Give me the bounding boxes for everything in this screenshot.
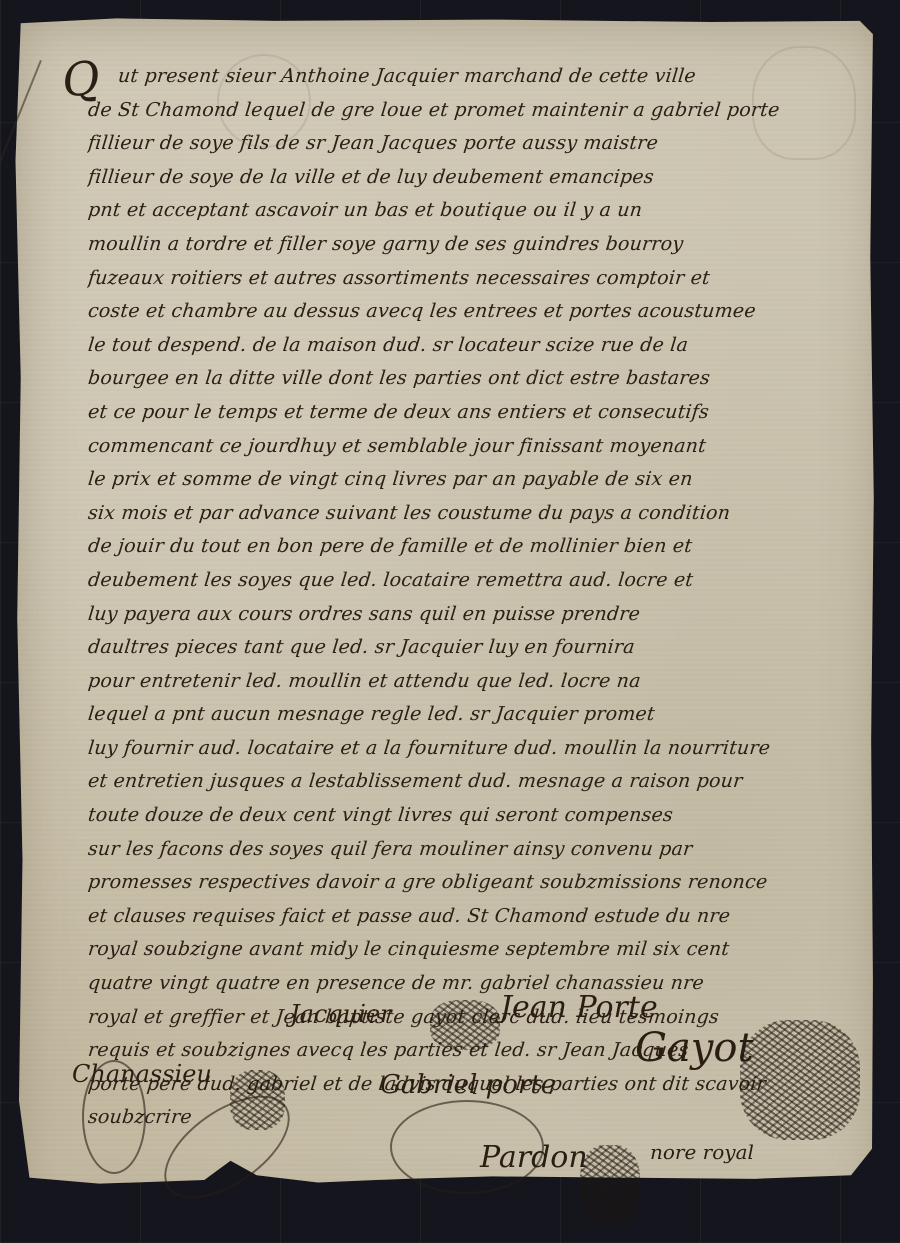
- text-line: de St Chamond lequel de gre loue et prom…: [86, 94, 880, 128]
- text-line: bourgee en la ditte ville dont les parti…: [86, 362, 880, 396]
- text-line: luy payera aux cours ordres sans quil en…: [86, 598, 880, 632]
- text-line: requis et soubzignes avecq les parties e…: [86, 1034, 880, 1068]
- text-line: soubzcrire: [86, 1101, 880, 1135]
- text-line: promesses respectives davoir a gre oblig…: [86, 866, 880, 900]
- text-line: sur les facons des soyes quil fera mouli…: [86, 833, 880, 867]
- text-line: quatre vingt quatre en presence de mr. g…: [86, 967, 880, 1001]
- text-line: le tout despend. de la maison dud. sr lo…: [86, 329, 880, 363]
- text-line: et ce pour le temps et terme de deux ans…: [86, 396, 880, 430]
- text-line: de jouir du tout en bon pere de famille …: [86, 530, 880, 564]
- text-line: moullin a tordre et filler soye garny de…: [86, 228, 880, 262]
- text-line: fuzeaux roitiers et autres assortiments …: [86, 262, 880, 296]
- text-line: pnt et acceptant ascavoir un bas et bout…: [86, 194, 880, 228]
- text-line: royal soubzigne avant midy le cinquiesme…: [86, 933, 880, 967]
- text-line: lequel a pnt aucun mesnage regle led. sr…: [86, 698, 880, 732]
- text-line: le prix et somme de vingt cinq livres pa…: [86, 463, 880, 497]
- text-line: fillieur de soye fils de sr Jean Jacques…: [86, 127, 880, 161]
- text-line: fillieur de soye de la ville et de luy d…: [86, 161, 880, 195]
- text-line: et clauses requises faict et passe aud. …: [86, 900, 880, 934]
- text-line: ut present sieur Anthoine Jacquier march…: [86, 60, 880, 94]
- text-line: royal et greffier et Jean baptiste gayot…: [86, 1001, 880, 1035]
- text-line: six mois et par advance suivant les cous…: [86, 497, 880, 531]
- text-line: deubement les soyes que led. locataire r…: [86, 564, 880, 598]
- text-line: commencant ce jourdhuy et semblable jour…: [86, 430, 880, 464]
- text-line: porte pere dud. gabriel et de ladvis duq…: [86, 1068, 880, 1102]
- deed-text: ut present sieur Anthoine Jacquier march…: [88, 60, 878, 1135]
- text-line: coste et chambre au dessus avecq les ent…: [86, 295, 880, 329]
- text-line: toute douze de deux cent vingt livres qu…: [86, 799, 880, 833]
- text-line: luy fournir aud. locataire et a la fourn…: [86, 732, 880, 766]
- text-line: et entretien jusques a lestablissement d…: [86, 765, 880, 799]
- text-line: pour entretenir led. moullin et attendu …: [86, 665, 880, 699]
- text-line: daultres pieces tant que led. sr Jacquie…: [86, 631, 880, 665]
